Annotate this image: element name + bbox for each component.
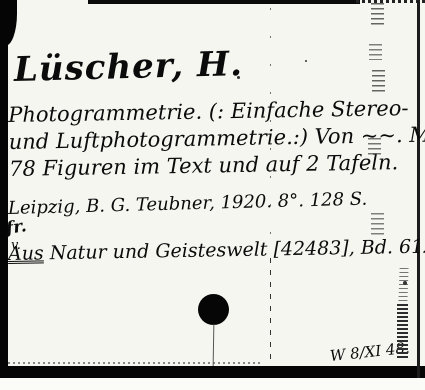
scan-margin-bottom [0, 378, 425, 390]
column-divider-dashed-line [270, 258, 271, 366]
series-rest: Natur und Geisteswelt [42483], Bd. 612. [44, 235, 425, 264]
card-bottom-edge-dots [8, 362, 263, 364]
ink-speck [403, 281, 407, 285]
scan-border-top-dotted [356, 0, 425, 3]
series-underlined-word: Aus [8, 242, 44, 265]
edge-smudge [397, 304, 408, 358]
scan-border-top [88, 0, 360, 4]
scan-border-left [0, 0, 8, 378]
edge-smudge [398, 268, 408, 302]
edge-mark [368, 138, 381, 156]
series-line: Aus Natur und Geisteswelt [42483], Bd. 6… [8, 235, 425, 265]
ink-speck [305, 60, 307, 62]
imprint-line: Leipzig, B. G. Teubner, 1920. 8°. 128 S. [8, 189, 368, 219]
punch-hole-stem-line [213, 324, 215, 366]
scan-corner-blob [0, 0, 17, 46]
punch-hole [198, 294, 229, 325]
annotation-fr: fr. [5, 216, 28, 239]
scan-border-right [417, 0, 420, 378]
column-divider-dotted-line [270, 8, 271, 258]
scan-border-bottom [0, 366, 425, 378]
author-heading: Lüscher, H. [13, 44, 243, 90]
ink-speck [237, 76, 240, 79]
title-block: Photogrammetrie. (: Einfache Stereo- und… [8, 94, 425, 183]
catalog-card-scan: Lüscher, H. Photogrammetrie. (: Einfache… [0, 0, 425, 390]
edge-mark [372, 70, 385, 92]
edge-mark [371, 213, 384, 235]
edge-mark [369, 44, 382, 60]
edge-mark [371, 3, 384, 25]
